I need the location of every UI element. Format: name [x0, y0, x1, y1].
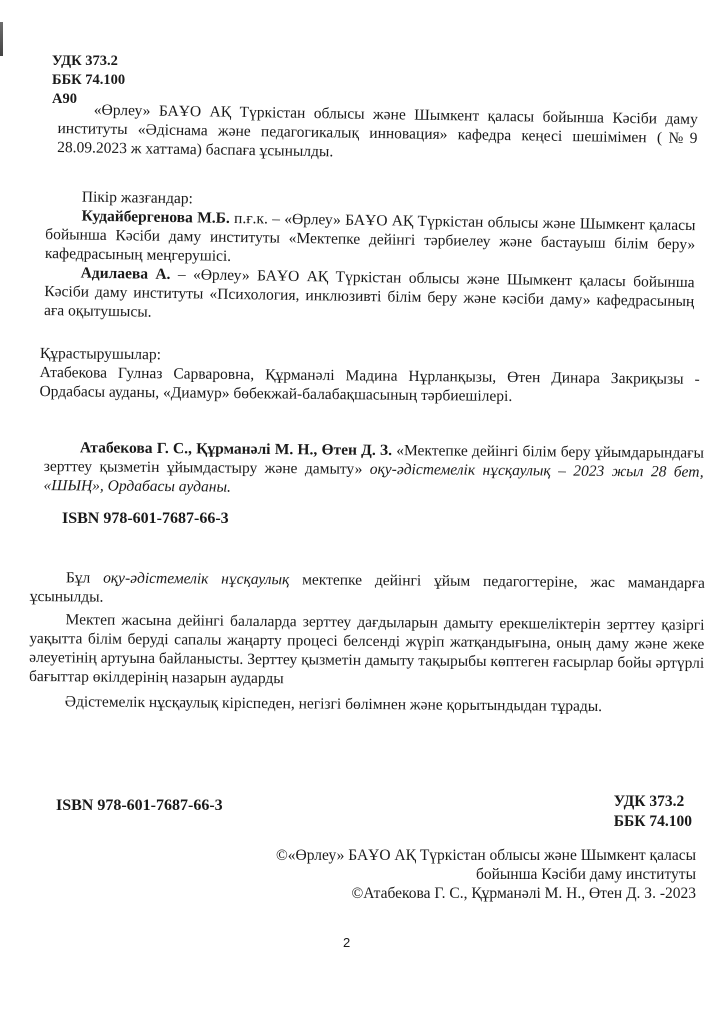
reviewer-1-name: Кудайбергенова М.Б. — [81, 208, 230, 227]
reviewer-1-degree: п.ғ.к. — [234, 210, 268, 228]
page-number: 2 — [343, 935, 350, 950]
biblio-authors: Атабекова Г. С., Құрманәлі М. Н., Өтен Д… — [80, 439, 392, 459]
reviewer-2-name: Адилаева А. — [81, 265, 171, 283]
copyright-line-3: ©Атабекова Г. С., Құрманәлі М. Н., Өтен … — [276, 884, 696, 903]
isbn-top: ISBN 978-601-7687-66-3 — [62, 510, 229, 528]
scan-edge-artifact — [0, 22, 3, 56]
udk-code: УДК 373.2 — [52, 52, 125, 71]
bibliographic-description: Атабекова Г. С., Құрманәлі М. Н., Өтен Д… — [44, 438, 704, 501]
abstract-paragraph-2: Мектеп жасына дейінгі балаларда зерттеу … — [29, 610, 705, 692]
bottom-classification-codes: УДК 373.2 ББК 74.100 — [614, 792, 692, 832]
copyright-line-1: ©«Өрлеу» БАҰО АҚ Түркістан облысы және Ш… — [276, 846, 696, 865]
abstract-section: Бұл оқу-әдістемелік нұсқаулық мектепке д… — [29, 568, 705, 717]
copyright-line-2: бойынша Кәсіби даму институты — [276, 865, 696, 884]
bottom-udk: УДК 373.2 — [614, 792, 692, 812]
abstract-paragraph-1: Бұл оқу-әдістемелік нұсқаулық мектепке д… — [30, 568, 705, 612]
bbk-code: ББК 74.100 — [52, 71, 125, 90]
compilers-text: Атабекова Гулназ Сарваровна, Құрманәлі М… — [39, 363, 699, 408]
approval-paragraph: «Өрлеу» БАҰО АҚ Түркістан облысы және Шы… — [57, 100, 698, 167]
isbn-bottom: ISBN 978-601-7687-66-3 — [56, 797, 223, 815]
copyright-block: ©«Өрлеу» БАҰО АҚ Түркістан облысы және Ш… — [276, 846, 696, 903]
abstract-paragraph-3: Әдістемелік нұсқаулық кіріспеден, негізг… — [29, 692, 704, 717]
reviewer-1: Кудайбергенова М.Б. п.ғ.к. – «Өрлеу» БАҰ… — [45, 206, 696, 273]
abstract-p1-italic: оқу-әдістемелік нұсқаулық — [103, 570, 289, 589]
abstract-p1-start: Бұл — [66, 569, 91, 586]
reviewers-section: Пікір жазғандар: Кудайбергенова М.Б. п.ғ… — [44, 187, 696, 330]
reviewer-2: Адилаева А. – «Өрлеу» БАҰО АҚ Түркістан … — [44, 263, 695, 330]
bottom-bbk: ББК 74.100 — [614, 812, 692, 832]
compilers-section: Құрастырушылар: Атабекова Гулназ Сарваро… — [39, 344, 700, 408]
